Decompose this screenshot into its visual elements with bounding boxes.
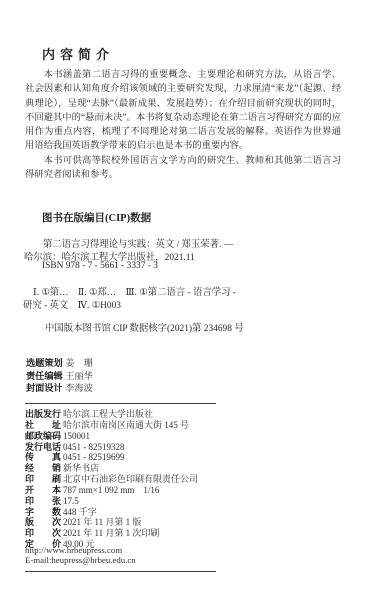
- pub-row-distributor: 经 销新华书店: [25, 463, 198, 474]
- pub-row-publisher: 出版发行哈尔滨工程大学出版社: [25, 409, 198, 420]
- credit-value: 李海波: [65, 383, 93, 393]
- pub-label: 印 刷: [25, 474, 63, 485]
- pub-value: 17.5: [63, 496, 79, 506]
- cip-record-number: 中国版本图书馆 CIP 数据核字(2021)第 234698 号: [45, 320, 244, 334]
- publisher-email: E-mail:heupress@hrbeu.edu.cn: [25, 555, 136, 565]
- pub-label: 邮政编码: [25, 431, 63, 442]
- pub-label: 开 本: [25, 485, 63, 496]
- credit-row-editor: 责任编辑 王丽华: [26, 370, 93, 383]
- pub-label: 社 址: [25, 420, 63, 431]
- content-summary-paragraph-1: 本书涵盖第二语言习得的重要概念、主要理论和研究方法，从语言学、社会因素和认知角度…: [25, 68, 341, 154]
- pub-value: 北京中石油彩色印刷有限责任公司: [63, 474, 198, 484]
- pub-value: 448 千字: [63, 507, 97, 517]
- pub-row-postcode: 邮政编码150001: [25, 431, 198, 442]
- pub-value: 2021 年 11 月第 1 版: [63, 517, 141, 527]
- pub-label: 印 次: [25, 528, 63, 539]
- pub-value: 2021 年 11 月第 1 次印刷: [63, 528, 159, 538]
- credit-label: 封面设计: [26, 382, 63, 395]
- pub-row-fax: 传 真0451 - 82519699: [25, 452, 198, 463]
- divider-top: [25, 403, 216, 404]
- publisher-website-url: http://www.hrbeupress.com: [25, 545, 122, 555]
- pub-row-phone: 发行电话0451 - 82519328: [25, 442, 198, 453]
- credit-row-planning: 选题策划 姜 珊: [26, 357, 93, 370]
- credit-value: 王丽华: [65, 371, 93, 381]
- pub-row-impression: 印 次2021 年 11 月第 1 次印刷: [25, 528, 198, 539]
- pub-label: 出版发行: [25, 409, 63, 420]
- pub-label: 字 数: [25, 507, 63, 518]
- credit-label: 选题策划: [26, 357, 63, 370]
- pub-value: 0451 - 82519328: [63, 442, 125, 452]
- pub-label: 版 次: [25, 517, 63, 528]
- content-summary-heading: 内容简介: [42, 44, 114, 63]
- cip-isbn: ISBN 978 - 7 - 5661 - 3337 - 3: [42, 261, 158, 271]
- cip-classification-line-2: 研究 - 英文 Ⅳ. ①H003: [23, 297, 121, 311]
- pub-value: 新华书店: [63, 463, 99, 473]
- pub-row-address: 社 址哈尔滨市南岗区南通大街 145 号: [25, 420, 198, 431]
- publication-details: 出版发行哈尔滨工程大学出版社 社 址哈尔滨市南岗区南通大街 145 号 邮政编码…: [25, 409, 198, 550]
- content-summary-paragraph-2: 本书可供高等院校外国语言文学方向的研究生、教师和其他第二语言习得研究者阅读和参考…: [25, 154, 341, 183]
- pub-label: 发行电话: [25, 442, 63, 453]
- pub-value: 787 mm×1 092 mm 1/16: [63, 485, 159, 495]
- pub-value: 哈尔滨工程大学出版社: [63, 409, 153, 419]
- divider-bottom: [25, 571, 216, 572]
- pub-label: 印 张: [25, 496, 63, 507]
- pub-row-edition: 版 次2021 年 11 月第 1 版: [25, 517, 198, 528]
- pub-row-printer: 印 刷北京中石油彩色印刷有限责任公司: [25, 474, 198, 485]
- pub-label: 经 销: [25, 463, 63, 474]
- pub-row-format: 开 本787 mm×1 092 mm 1/16: [25, 485, 198, 496]
- pub-label: 传 真: [25, 452, 63, 463]
- staff-credits: 选题策划 姜 珊 责任编辑 王丽华 封面设计 李海波: [26, 357, 93, 395]
- pub-row-word-count: 字 数448 千字: [25, 507, 198, 518]
- credit-label: 责任编辑: [26, 370, 63, 383]
- pub-value: 哈尔滨市南岗区南通大街 145 号: [63, 420, 189, 430]
- cip-data-heading: 图书在版编目(CIP)数据: [42, 210, 151, 225]
- pub-row-sheets: 印 张17.5: [25, 496, 198, 507]
- book-copyright-page: 内容简介 本书涵盖第二语言习得的重要概念、主要理论和研究方法，从语言学、社会因素…: [0, 0, 375, 607]
- pub-value: 0451 - 82519699: [63, 452, 125, 462]
- pub-value: 150001: [63, 431, 90, 441]
- credit-row-cover-design: 封面设计 李海波: [26, 382, 93, 395]
- credit-value: 姜 珊: [65, 358, 93, 368]
- content-summary-body: 本书涵盖第二语言习得的重要概念、主要理论和研究方法，从语言学、社会因素和认知角度…: [25, 68, 341, 182]
